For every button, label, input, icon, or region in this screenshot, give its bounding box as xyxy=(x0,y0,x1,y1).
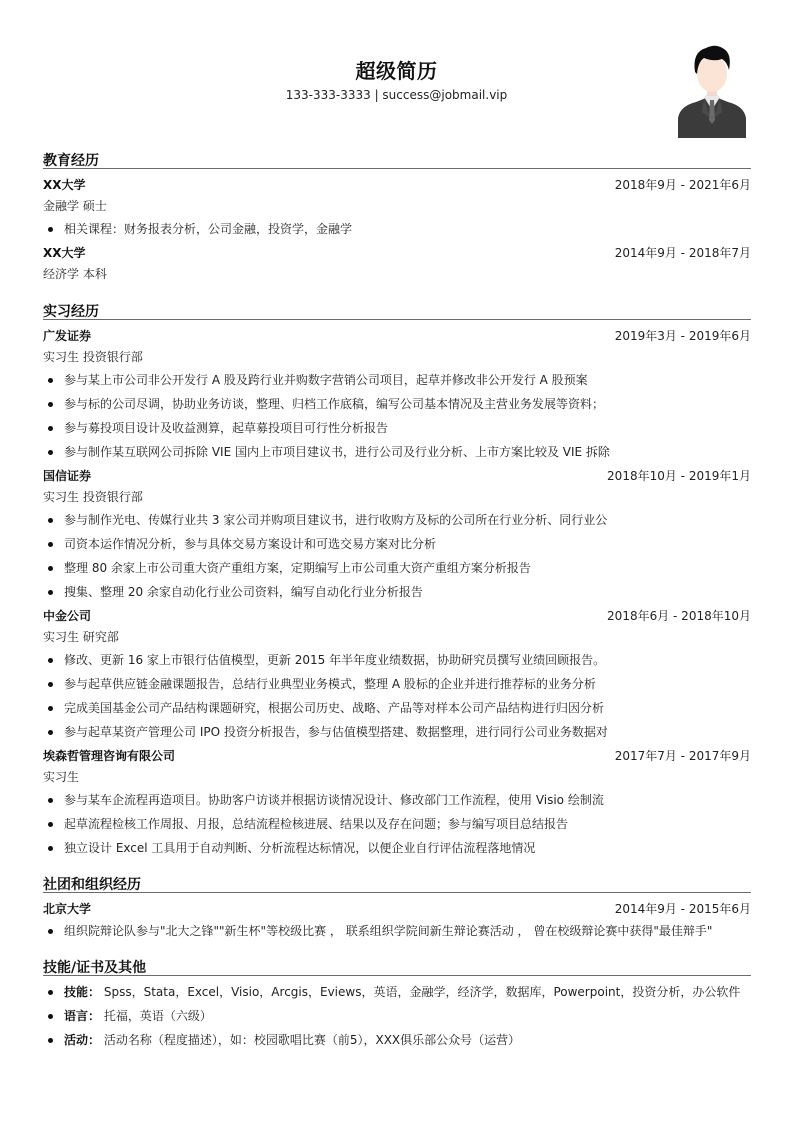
bullet-item: 修改、更新 16 家上市银行估值模型，更新 2015 年半年度业绩数据，协助研究… xyxy=(43,649,751,673)
company-name: 广发证券 xyxy=(43,325,91,347)
section-skills: 技能/证书及其他 技能： Spss，Stata，Excel，Visio，Arcg… xyxy=(43,954,751,1053)
bullet-item: 完成美国基金公司产品结构课题研究，根据公司历史、战略、产品等对样本公司产品结构进… xyxy=(43,697,751,721)
section-title: 教育经历 xyxy=(43,147,751,169)
organization-name: 北京大学 xyxy=(43,898,91,920)
section-title: 技能/证书及其他 xyxy=(43,954,751,976)
section-title: 实习经历 xyxy=(43,298,751,320)
job-role: 实习生 研究部 xyxy=(43,627,751,649)
bullet-item: 参与制作光电、传媒行业共 3 家公司并购项目建议书，进行收购方及标的公司所在行业… xyxy=(43,509,751,533)
bullet-item: 参与起草某资产管理公司 IPO 投资分析报告，参与估值模型搭建、数据整理，进行同… xyxy=(43,721,751,745)
internship-entry: 埃森哲管理咨询有限公司 2017年7月 - 2017年9月 实习生 参与某车企流… xyxy=(43,745,751,861)
resume-header: 超级简历 133-333-3333 | success@jobmail.vip xyxy=(0,0,793,150)
bullet-item: 整理 80 余家上市公司重大资产重组方案，定期编写上市公司重大资产重组方案分析报… xyxy=(43,557,751,581)
date-range: 2019年3月 - 2019年6月 xyxy=(615,325,751,347)
skill-item: 语言： 托福，英语（六级） xyxy=(43,1005,751,1029)
section-internship: 实习经历 广发证券 2019年3月 - 2019年6月 实习生 投资银行部 参与… xyxy=(43,298,751,871)
bullet-item: 参与标的公司尽调，协助业务访谈，整理、归档工作底稿，编写公司基本情况及主营业务发… xyxy=(43,393,751,417)
education-entry: XX大学 2014年9月 - 2018年7月 经济学 本科 xyxy=(43,242,751,286)
job-role: 实习生 xyxy=(43,767,751,789)
contact-info: 133-333-3333 | success@jobmail.vip xyxy=(0,88,793,102)
internship-entry: 中金公司 2018年6月 - 2018年10月 实习生 研究部 修改、更新 16… xyxy=(43,605,751,745)
date-range: 2014年9月 - 2018年7月 xyxy=(615,242,751,264)
bullet-item: 相关课程：财务报表分析，公司金融，投资学，金融学 xyxy=(43,218,751,242)
bullet-item: 参与某上市公司非公开发行 A 股及跨行业并购数字营销公司项目，起草并修改非公开发… xyxy=(43,369,751,393)
section-clubs: 社团和组织经历 北京大学 2014年9月 - 2015年6月 组织院辩论队参与"… xyxy=(43,871,751,954)
bullet-item: 组织院辩论队参与"北大之锋""新生杯"等校级比赛 ， 联系组织学院间新生辩论赛活… xyxy=(43,920,751,944)
skill-text: 活动名称（程度描述），如：校园歌唱比赛（前5），XXX俱乐部公众号（运营） xyxy=(104,1033,520,1047)
date-range: 2017年7月 - 2017年9月 xyxy=(615,745,751,767)
job-role: 实习生 投资银行部 xyxy=(43,347,751,369)
skill-label: 活动： xyxy=(64,1033,100,1047)
candidate-name: 超级简历 xyxy=(0,55,793,84)
bullet-item: 起草流程检核工作周报、月报，总结流程检核进展、结果以及存在问题；参与编写项目总结… xyxy=(43,813,751,837)
skill-text: 托福，英语（六级） xyxy=(104,1009,212,1023)
date-range: 2018年10月 - 2019年1月 xyxy=(607,465,751,487)
skill-label: 技能： xyxy=(64,985,100,999)
bullet-item: 参与募投项目设计及收益测算，起草募投项目可行性分析报告 xyxy=(43,417,751,441)
resume-content: 教育经历 XX大学 2018年9月 - 2021年6月 金融学 硕士 相关课程：… xyxy=(43,147,751,1053)
internship-entry: 国信证券 2018年10月 - 2019年1月 实习生 投资银行部 参与制作光电… xyxy=(43,465,751,605)
school-name: XX大学 xyxy=(43,174,86,196)
degree: 金融学 硕士 xyxy=(43,196,751,218)
bullet-item: 搜集、整理 20 余家自动化行业公司资料，编写自动化行业分析报告 xyxy=(43,581,751,605)
bullet-item: 参与某车企流程再造项目。协助客户访谈并根据访谈情况设计、修改部门工作流程，使用 … xyxy=(43,789,751,813)
club-entry: 北京大学 2014年9月 - 2015年6月 组织院辩论队参与"北大之锋""新生… xyxy=(43,898,751,944)
company-name: 国信证券 xyxy=(43,465,91,487)
date-range: 2018年9月 - 2021年6月 xyxy=(615,174,751,196)
school-name: XX大学 xyxy=(43,242,86,264)
skill-item: 技能： Spss，Stata，Excel，Visio，Arcgis，Eviews… xyxy=(43,981,751,1005)
section-education: 教育经历 XX大学 2018年9月 - 2021年6月 金融学 硕士 相关课程：… xyxy=(43,147,751,298)
job-role: 实习生 投资银行部 xyxy=(43,487,751,509)
date-range: 2018年6月 - 2018年10月 xyxy=(607,605,751,627)
person-avatar-icon xyxy=(676,40,748,138)
bullet-item: 参与起草供应链金融课题报告，总结行业典型业务模式，整理 A 股标的企业并进行推荐… xyxy=(43,673,751,697)
education-entry: XX大学 2018年9月 - 2021年6月 金融学 硕士 相关课程：财务报表分… xyxy=(43,174,751,242)
bullet-item: 参与制作某互联网公司拆除 VIE 国内上市项目建议书，进行公司及行业分析、上市方… xyxy=(43,441,751,465)
company-name: 埃森哲管理咨询有限公司 xyxy=(43,745,175,767)
bullet-item: 独立设计 Excel 工具用于自动判断、分析流程达标情况，以便企业自行评估流程落… xyxy=(43,837,751,861)
section-title: 社团和组织经历 xyxy=(43,871,751,893)
degree: 经济学 本科 xyxy=(43,264,751,286)
company-name: 中金公司 xyxy=(43,605,91,627)
bullet-item: 司资本运作情况分析，参与具体交易方案设计和可选交易方案对比分析 xyxy=(43,533,751,557)
skill-label: 语言： xyxy=(64,1009,100,1023)
skill-item: 活动： 活动名称（程度描述），如：校园歌唱比赛（前5），XXX俱乐部公众号（运营… xyxy=(43,1029,751,1053)
internship-entry: 广发证券 2019年3月 - 2019年6月 实习生 投资银行部 参与某上市公司… xyxy=(43,325,751,465)
date-range: 2014年9月 - 2015年6月 xyxy=(615,898,751,920)
resume-page: 超级简历 133-333-3333 | success@jobmail.vip xyxy=(0,0,793,1122)
skill-text: Spss，Stata，Excel，Visio，Arcgis，Eviews，英语，… xyxy=(104,985,741,999)
